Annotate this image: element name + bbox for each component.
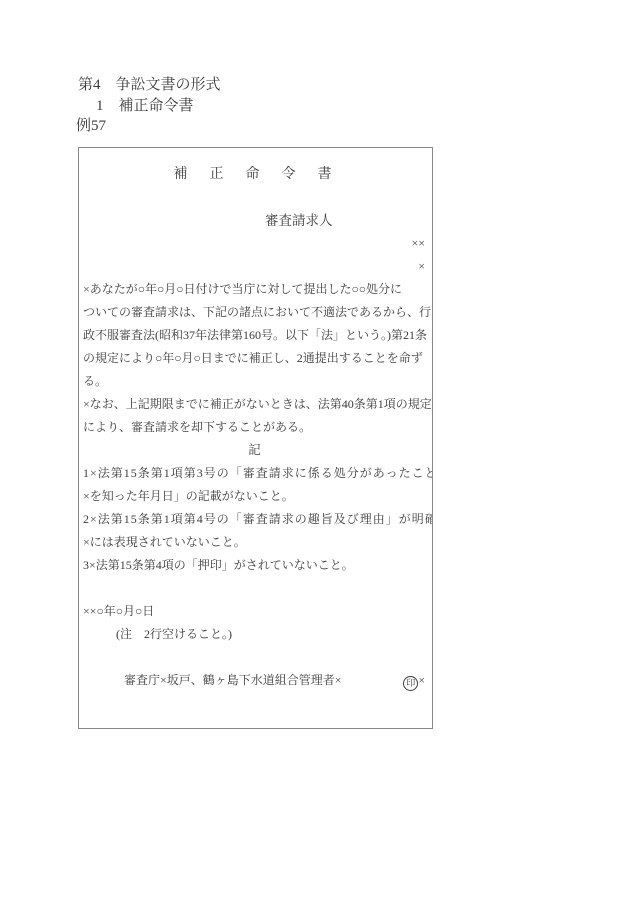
body-line: の規定により○年○月○日までに補正し、2通提出することを命ず (83, 347, 426, 370)
section-heading: 第4 争訟文書の形式 (78, 77, 221, 94)
item-line: 3×法第15条第4項の「押印」がされていないこと。 (83, 554, 426, 577)
item-line: ×には表現されていないこと。 (83, 531, 426, 554)
claimant-value-line2: × (83, 255, 426, 278)
note-line: (注 2行空けること。) (83, 623, 426, 646)
subsection-heading: 1 補正命令書 (96, 98, 194, 115)
document-box: 補 正 命 令 書 審査請求人 ×× × ×あなたが○年○月○日付けで当庁に対し… (78, 147, 433, 729)
signature-text: 審査庁×坂戸、鶴ヶ島下水道組合管理者× (83, 669, 342, 692)
document-title: 補 正 命 令 書 (83, 163, 426, 186)
body-line: ×なお、上記期限までに補正がないときは、法第40条第1項の規定 (83, 393, 426, 416)
body-line: る。 (83, 370, 426, 393)
body-line: ×あなたが○年○月○日付けで当庁に対して提出した○○処分に (83, 278, 426, 301)
item-line: 1×法第15条第1項第3号の「審査請求に係る処分があったこと (83, 462, 426, 485)
spacer-line (83, 186, 426, 209)
date-line: ××○年○月○日 (83, 600, 426, 623)
body-line: により、審査請求を却下することがある。 (83, 416, 426, 439)
document-page: 第4 争訟文書の形式 1 補正命令書 例57 補 正 命 令 書 審査請求人 ×… (0, 0, 630, 903)
seal-area: 印× (403, 669, 426, 692)
item-line: ×を知った年月日」の記載がないこと。 (83, 485, 426, 508)
seal-icon: 印 (403, 676, 418, 691)
claimant-value-line1: ×× (83, 232, 426, 255)
signature-line: 審査庁×坂戸、鶴ヶ島下水道組合管理者× 印× (83, 669, 426, 692)
body-line: ついての審査請求は、下記の諸点において不適法であるから、行 (83, 301, 426, 324)
claimant-label: 審査請求人 (83, 209, 426, 232)
body-line: 政不服審査法(昭和37年法律第160号。以下「法」という。)第21条 (83, 324, 426, 347)
spacer-line (83, 646, 426, 669)
seal-suffix: × (418, 673, 425, 687)
ki-label: 記 (83, 439, 426, 462)
spacer-line (83, 577, 426, 600)
example-label: 例57 (76, 118, 106, 135)
item-line: 2×法第15条第1項第4号の「審査請求の趣旨及び理由」が明確 (83, 508, 426, 531)
